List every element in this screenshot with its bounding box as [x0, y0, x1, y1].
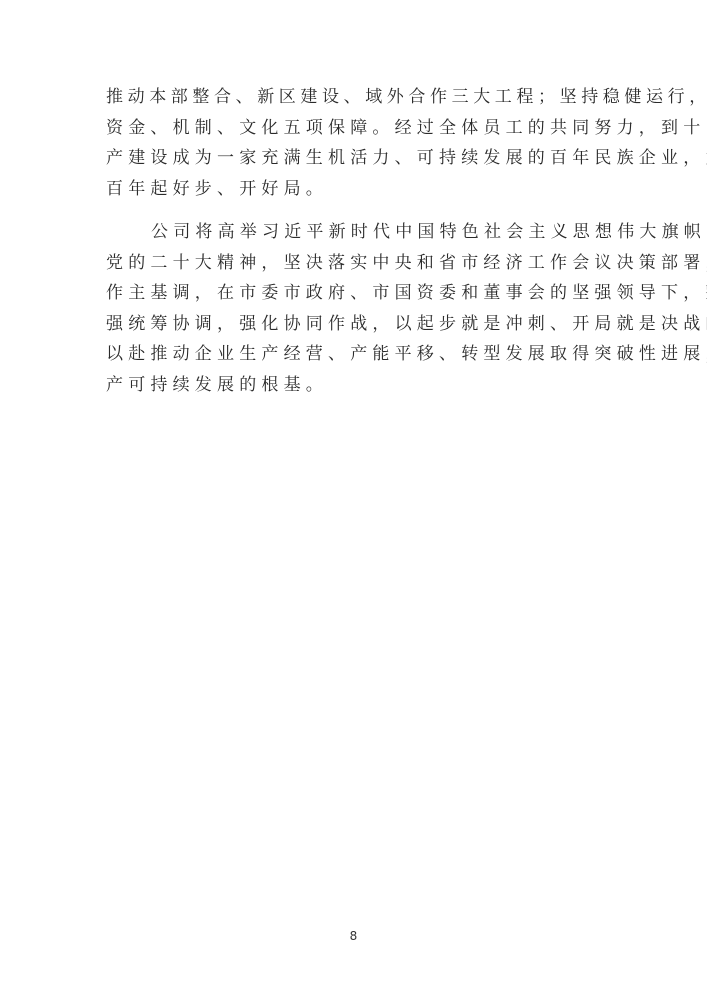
- text-line: 推动本部整合、新区建设、域外合作三大工程；坚持稳健运行，提供组织、人才、: [106, 82, 610, 113]
- text-line: 作主基调，在市委市政府、市国资委和董事会的坚强领导下，整合资源力量，加: [106, 278, 610, 309]
- text-line: 强统筹协调，强化协同作战，以起步就是冲刺、开局就是决战的奋进姿态，全力: [106, 309, 610, 340]
- page-number: 8: [0, 929, 707, 943]
- paragraph-company-commitment: 公司将高举习近平新时代中国特色社会主义思想伟大旗帜，全面学习贯彻 党的二十大精神…: [106, 217, 610, 400]
- text-line: 百年起好步、开好局。: [106, 174, 610, 205]
- text-line: 党的二十大精神，坚决落实中央和省市经济工作会议决策部署，坚持稳中求进工: [106, 248, 610, 279]
- text-line: 以赴推动企业生产经营、产能平移、转型发展取得突破性进展，不断筑牢青海物: [106, 339, 610, 370]
- text-line: 产可持续发展的根基。: [106, 370, 610, 401]
- text-line: 产建设成为一家充满生机活力、可持续发展的百年民族企业，为青海物产下一个: [106, 143, 610, 174]
- document-page: 推动本部整合、新区建设、域外合作三大工程；坚持稳健运行，提供组织、人才、 资金、…: [0, 0, 707, 999]
- paragraph-continued: 推动本部整合、新区建设、域外合作三大工程；坚持稳健运行，提供组织、人才、 资金、…: [106, 82, 610, 204]
- text-line: 公司将高举习近平新时代中国特色社会主义思想伟大旗帜，全面学习贯彻: [106, 217, 610, 248]
- text-line: 资金、机制、文化五项保障。经过全体员工的共同努力，到十四五末，把青海物: [106, 113, 610, 144]
